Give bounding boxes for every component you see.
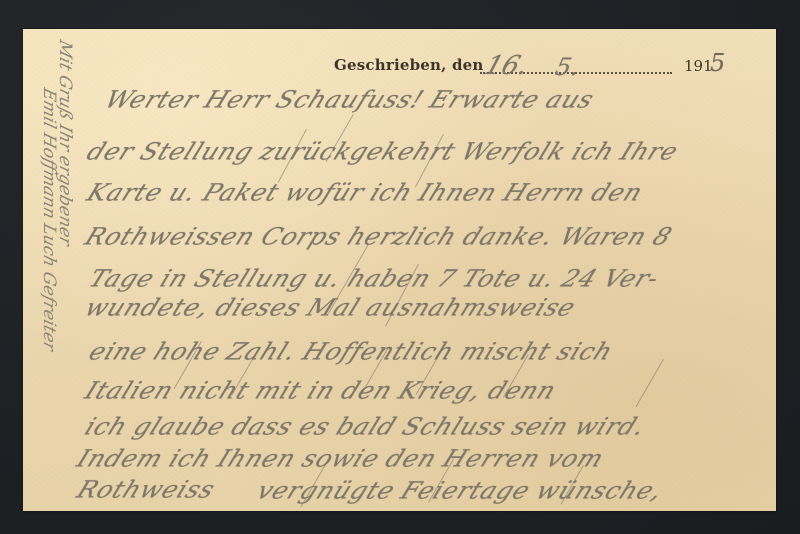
letter-line: Rothweissen Corps herzlich danke. Waren … <box>81 222 676 250</box>
postcard: Geschrieben, den 16. 5. 191 5 Werter Her… <box>23 29 776 511</box>
printed-date-label: Geschrieben, den <box>334 56 484 74</box>
handwritten-month: 5. <box>553 53 582 81</box>
letter-line: Italien nicht mit in den Krieg, denn <box>81 376 560 404</box>
letter-line: Tage in Stellung u. haben 7 Tote u. 24 V… <box>85 264 663 292</box>
pencil-stroke <box>636 359 665 407</box>
margin-note: Emil Hoffmann Luch Gefreiter <box>39 86 59 354</box>
printed-year-prefix: 191 <box>684 57 713 75</box>
handwritten-year-suffix: 5 <box>710 49 725 77</box>
letter-line: Rothweiss <box>73 475 219 503</box>
letter-line: Werter Herr Schaufuss! Erwarte aus <box>101 85 598 113</box>
handwritten-day: 16. <box>481 51 532 81</box>
letter-line: Indem ich Ihnen sowie den Herren vom <box>73 444 608 472</box>
letter-line: der Stellung zurückgekehrt Werfolk ich I… <box>83 137 683 165</box>
letter-line: Karte u. Paket wofür ich Ihnen Herrn den <box>83 178 647 206</box>
letter-line: ich glaube dass es bald Schluss sein wir… <box>81 412 650 440</box>
letter-line: eine hohe Zahl. Hoffentlich mischt sich <box>85 337 617 365</box>
